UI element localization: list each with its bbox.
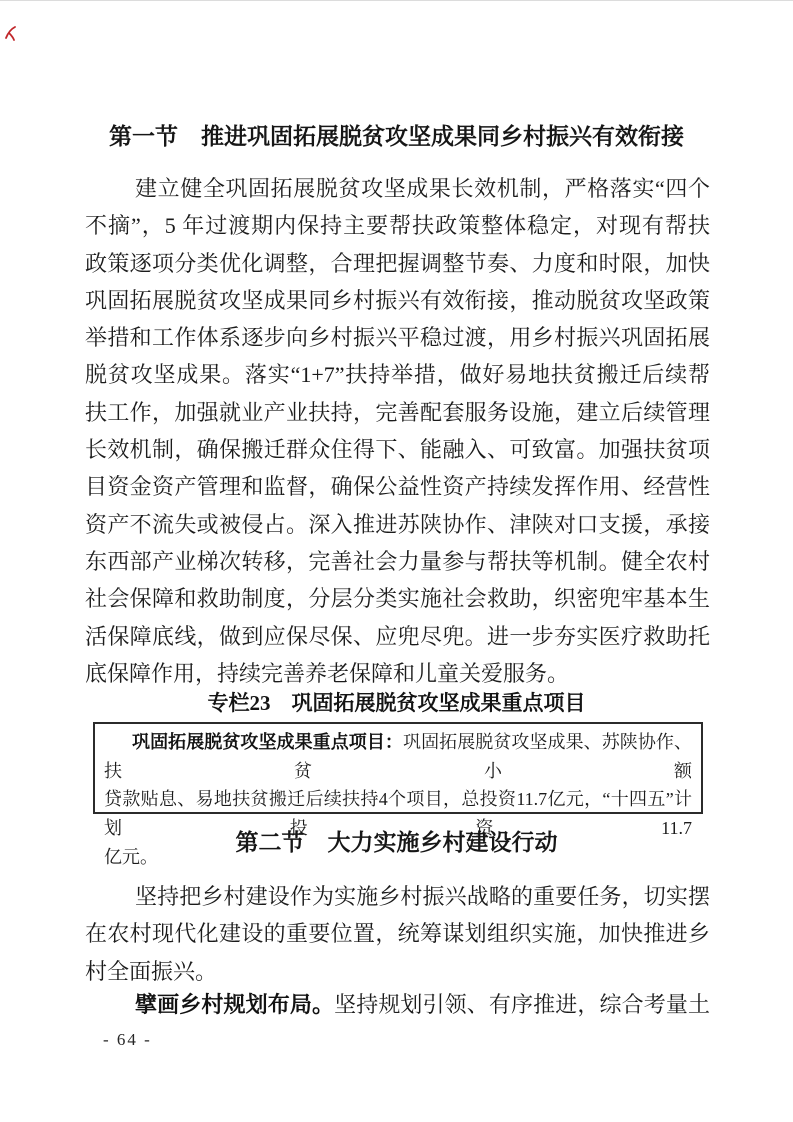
document-page: 第一节 推进巩固拓展脱贫攻坚成果同乡村振兴有效衔接 建立健全巩固拓展脱贫攻坚成果… xyxy=(0,0,793,1122)
text-line: 社会保障和救助制度，分层分类实施社会救助，织密兜牢基本生 xyxy=(85,580,710,617)
page-number: - 64 - xyxy=(103,1030,152,1050)
box23: 巩固拓展脱贫攻坚成果重点项目：巩固拓展脱贫攻坚成果、苏陕协作、扶贫小额 贷款贴息… xyxy=(93,722,703,814)
red-pen-mark-icon xyxy=(4,25,18,47)
paragraph-lead: 擘画乡村规划布局。 xyxy=(135,992,334,1017)
text-line: 不摘”，5 年过渡期内保持主要帮扶政策整体稳定，对现有帮扶 xyxy=(85,207,710,244)
text-line: 政策逐项分类优化调整，合理把握调整节奏、力度和时限，加快 xyxy=(85,245,710,282)
text-line: 举措和工作体系逐步向乡村振兴平稳过渡，用乡村振兴巩固拓展 xyxy=(85,319,710,356)
section2-title: 第二节 大力实施乡村建设行动 xyxy=(0,827,793,857)
paragraph-2-text: 坚持规划引领、有序推进，综合考量土 xyxy=(334,992,710,1017)
text-line: 在农村现代化建设的重要位置，统筹谋划组织实施，加快推进乡 xyxy=(85,915,710,952)
text-line: 扶工作，加强就业产业扶持，完善配套服务设施，建立后续管理 xyxy=(85,394,710,431)
section1-title: 第一节 推进巩固拓展脱贫攻坚成果同乡村振兴有效衔接 xyxy=(0,121,793,151)
section2-paragraph: 坚持把乡村建设作为实施乡村振兴战略的重要任务，切实摆在农村现代化建设的重要位置，… xyxy=(85,878,710,990)
text-line: 目资金资产管理和监督，确保公益性资产持续发挥作用、经营性 xyxy=(85,468,710,505)
text-line: 村全面振兴。 xyxy=(85,953,710,990)
box23-lead: 巩固拓展脱贫攻坚成果重点项目： xyxy=(132,732,403,752)
box23-line-1: 巩固拓展脱贫攻坚成果重点项目：巩固拓展脱贫攻坚成果、苏陕协作、扶贫小额 xyxy=(104,728,692,785)
text-line: 底保障作用，持续完善养老保障和儿童关爱服务。 xyxy=(85,655,710,692)
text-line: 长效机制，确保搬迁群众住得下、能融入、可致富。加强扶贫项 xyxy=(85,431,710,468)
scan-edge-line xyxy=(0,0,793,1)
text-line: 巩固拓展脱贫攻坚成果同乡村振兴有效衔接，推动脱贫攻坚政策 xyxy=(85,282,710,319)
section2-paragraph-2: 擘画乡村规划布局。坚持规划引领、有序推进，综合考量土 xyxy=(85,986,710,1023)
text-line: 东西部产业梯次转移，完善社会力量参与帮扶等机制。健全农村 xyxy=(85,543,710,580)
text-line: 资产不流失或被侵占。深入推进苏陕协作、津陕对口支援，承接 xyxy=(85,506,710,543)
box23-header: 专栏23 巩固拓展脱贫攻坚成果重点项目 xyxy=(0,689,793,717)
text-line: 脱贫攻坚成果。落实“1+7”扶持举措，做好易地扶贫搬迁后续帮 xyxy=(85,356,710,393)
text-line: 活保障底线，做到应保尽保、应兜尽兜。进一步夯实医疗救助托 xyxy=(85,618,710,655)
section1-paragraph: 建立健全巩固拓展脱贫攻坚成果长效机制，严格落实“四个不摘”，5 年过渡期内保持主… xyxy=(85,170,710,692)
text-line: 坚持把乡村建设作为实施乡村振兴战略的重要任务，切实摆 xyxy=(85,878,710,915)
text-line: 建立健全巩固拓展脱贫攻坚成果长效机制，严格落实“四个 xyxy=(85,170,710,207)
